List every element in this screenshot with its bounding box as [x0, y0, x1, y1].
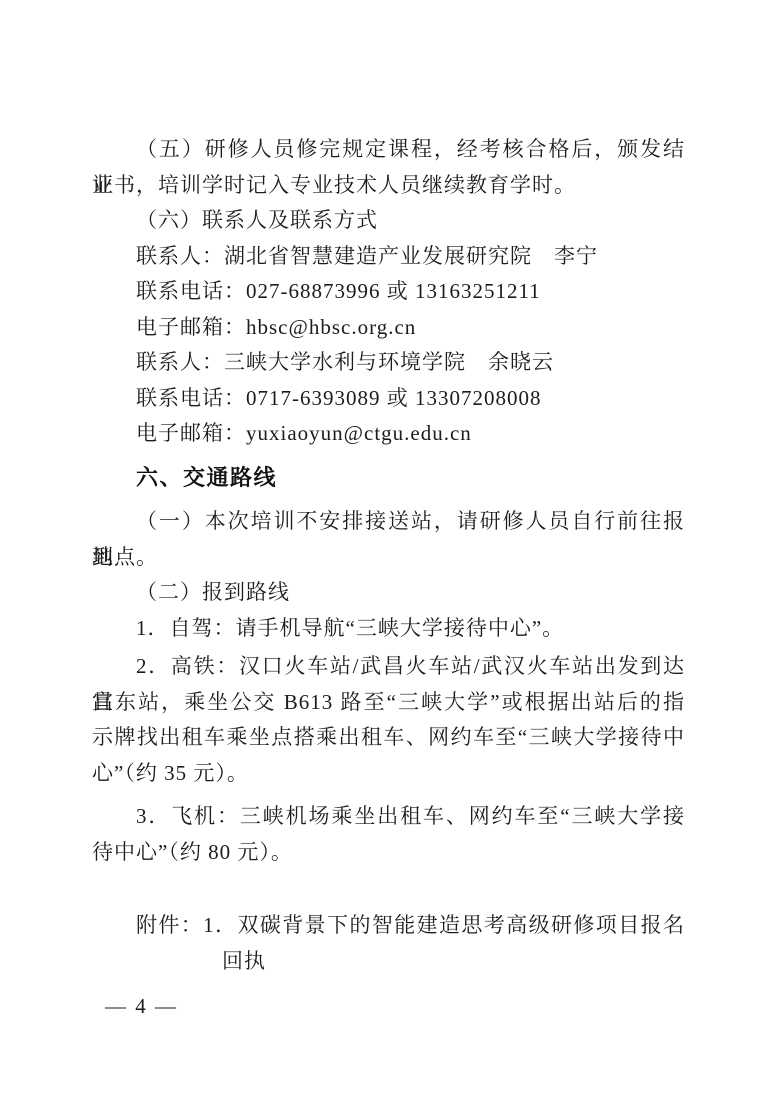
- route-plane-line-1: 3．飞机：三峡机场乘坐出租车、网约车至“三峡大学接: [92, 799, 685, 835]
- clause-contact-heading: （六）联系人及联系方式: [92, 203, 685, 239]
- clause-pickup-line-2: 地点。: [92, 540, 685, 576]
- clause-pickup-line-1: （一）本次培训不安排接送站，请研修人员自行前往报到: [92, 504, 685, 540]
- document-body: （五）研修人员修完规定课程，经考核合格后，颁发结业 证书，培训学时记入专业技术人…: [92, 132, 685, 979]
- contact-phone-1: 联系电话：027-68873996 或 13163251211: [92, 274, 685, 310]
- clause-completion-line-1: （五）研修人员修完规定课程，经考核合格后，颁发结业: [92, 132, 685, 168]
- document-page: （五）研修人员修完规定课程，经考核合格后，颁发结业 证书，培训学时记入专业技术人…: [0, 0, 777, 1094]
- page-number: — 4 —: [105, 994, 178, 1019]
- route-hsr-line-4: 心”（约 35 元）。: [92, 756, 685, 792]
- route-plane-line-2: 待中心”（约 80 元）。: [92, 835, 685, 871]
- attachment-line-1: 附件：1．双碳背景下的智能建造思考高级研修项目报名: [92, 908, 685, 944]
- contact-email-2: 电子邮箱：yuxiaoyun@ctgu.edu.cn: [92, 416, 685, 452]
- contact-email-1: 电子邮箱：hbsc@hbsc.org.cn: [92, 310, 685, 346]
- route-hsr-line-3: 示牌找出租车乘坐点搭乘出租车、网约车至“三峡大学接待中: [92, 720, 685, 756]
- section-heading-transport: 六、交通路线: [92, 460, 685, 496]
- clause-route-heading: （二）报到路线: [92, 575, 685, 611]
- route-hsr-line-2: 昌东站，乘坐公交 B613 路至“三峡大学”或根据出站后的指: [92, 685, 685, 721]
- clause-completion-line-2: 证书，培训学时记入专业技术人员继续教育学时。: [92, 168, 685, 204]
- contact-person-1: 联系人：湖北省智慧建造产业发展研究院 李宁: [92, 239, 685, 275]
- route-hsr-line-1: 2．高铁：汉口火车站/武昌火车站/武汉火车站出发到达宜: [92, 649, 685, 685]
- route-self-drive: 1．自驾：请手机导航“三峡大学接待中心”。: [92, 611, 685, 647]
- contact-person-2: 联系人：三峡大学水利与环境学院 余晓云: [92, 345, 685, 381]
- contact-phone-2: 联系电话：0717-6393089 或 13307208008: [92, 381, 685, 417]
- attachment-line-2: 回执: [92, 944, 685, 980]
